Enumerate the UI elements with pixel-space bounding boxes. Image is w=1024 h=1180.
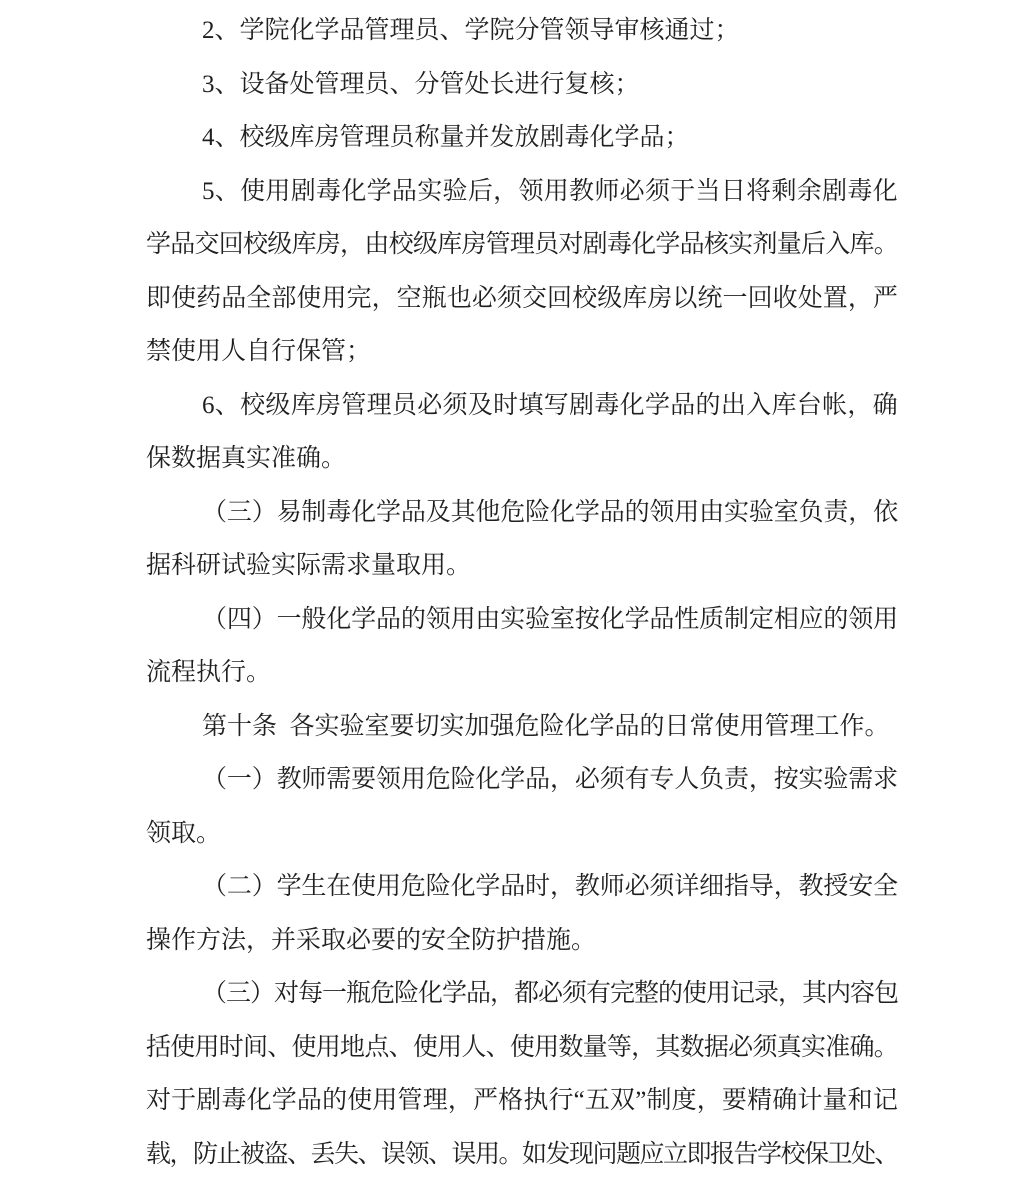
text-line-content: 对于剧毒化学品的使用管理，严格执行“五双”制度，要精确计量和记 — [146, 1074, 898, 1128]
text-line-content: 保数据真实准确。 — [146, 432, 346, 486]
text-line-content: 4、校级库房管理员称量并发放剧毒化学品； — [202, 111, 690, 165]
document-body: 2、学院化学品管理员、学院分管领导审核通过；3、设备处管理员、分管处长进行复核；… — [146, 4, 898, 1180]
text-line: 操作方法，并采取必要的安全防护措施。 — [146, 914, 898, 968]
text-line: （三）易制毒化学品及其他危险化学品的领用由实验室负责，依 — [146, 486, 898, 540]
text-line-content: 禁使用人自行保管； — [146, 325, 371, 379]
text-line-content: （二）学生在使用危险化学品时，教师必须详细指导，教授安全 — [202, 860, 898, 914]
text-line: 5、使用剧毒化学品实验后，领用教师必须于当日将剩余剧毒化 — [146, 165, 898, 219]
text-line: （四）一般化学品的领用由实验室按化学品性质制定相应的领用 — [146, 593, 898, 647]
text-line: 领取。 — [146, 807, 898, 861]
text-line: （二）学生在使用危险化学品时，教师必须详细指导，教授安全 — [146, 860, 898, 914]
text-line-content: （四）一般化学品的领用由实验室按化学品性质制定相应的领用 — [202, 593, 898, 647]
text-line-content: 载，防止被盗、丢失、误领、误用。如发现问题应立即报告学校保卫处、 — [146, 1128, 898, 1180]
text-line-content: 5、使用剧毒化学品实验后，领用教师必须于当日将剩余剧毒化 — [202, 165, 898, 219]
text-line-content: （一）教师需要领用危险化学品，必须有专人负责，按实验需求 — [202, 753, 898, 807]
text-line-content: （三）对每一瓶危险化学品，都必须有完整的使用记录，其内容包 — [202, 967, 898, 1021]
text-line-content: 领取。 — [146, 807, 221, 861]
text-line: 载，防止被盗、丢失、误领、误用。如发现问题应立即报告学校保卫处、 — [146, 1128, 898, 1180]
text-line: 4、校级库房管理员称量并发放剧毒化学品； — [146, 111, 898, 165]
text-line: 3、设备处管理员、分管处长进行复核； — [146, 58, 898, 112]
text-line-content: 学品交回校级库房，由校级库房管理员对剧毒化学品核实剂量后入库。 — [146, 218, 898, 272]
text-line: 即使药品全部使用完，空瓶也必须交回校级库房以统一回收处置，严 — [146, 272, 898, 326]
text-line: 保数据真实准确。 — [146, 432, 898, 486]
text-line-content: 2、学院化学品管理员、学院分管领导审核通过； — [202, 4, 740, 58]
text-line: 6、校级库房管理员必须及时填写剧毒化学品的出入库台帐，确 — [146, 379, 898, 433]
text-line: 第十条 各实验室要切实加强危险化学品的日常使用管理工作。 — [146, 700, 898, 754]
text-line: （一）教师需要领用危险化学品，必须有专人负责，按实验需求 — [146, 753, 898, 807]
text-line-content: 6、校级库房管理员必须及时填写剧毒化学品的出入库台帐，确 — [202, 379, 898, 433]
text-line: 括使用时间、使用地点、使用人、使用数量等，其数据必须真实准确。 — [146, 1021, 898, 1075]
text-line-content: 3、设备处管理员、分管处长进行复核； — [202, 58, 640, 112]
document-page: 2、学院化学品管理员、学院分管领导审核通过；3、设备处管理员、分管处长进行复核；… — [0, 0, 1024, 1180]
text-line-content: 即使药品全部使用完，空瓶也必须交回校级库房以统一回收处置，严 — [146, 272, 898, 326]
text-line-content: 操作方法，并采取必要的安全防护措施。 — [146, 914, 596, 968]
text-line: 2、学院化学品管理员、学院分管领导审核通过； — [146, 4, 898, 58]
text-line: 流程执行。 — [146, 646, 898, 700]
text-line: 学品交回校级库房，由校级库房管理员对剧毒化学品核实剂量后入库。 — [146, 218, 898, 272]
text-line: 禁使用人自行保管； — [146, 325, 898, 379]
text-line-content: 第十条 各实验室要切实加强危险化学品的日常使用管理工作。 — [202, 700, 890, 754]
text-line: 据科研试验实际需求量取用。 — [146, 539, 898, 593]
text-line-content: （三）易制毒化学品及其他危险化学品的领用由实验室负责，依 — [202, 486, 898, 540]
text-line-content: 流程执行。 — [146, 646, 271, 700]
text-line: （三）对每一瓶危险化学品，都必须有完整的使用记录，其内容包 — [146, 967, 898, 1021]
text-line: 对于剧毒化学品的使用管理，严格执行“五双”制度，要精确计量和记 — [146, 1074, 898, 1128]
text-line-content: 据科研试验实际需求量取用。 — [146, 539, 471, 593]
text-line-content: 括使用时间、使用地点、使用人、使用数量等，其数据必须真实准确。 — [146, 1021, 898, 1075]
